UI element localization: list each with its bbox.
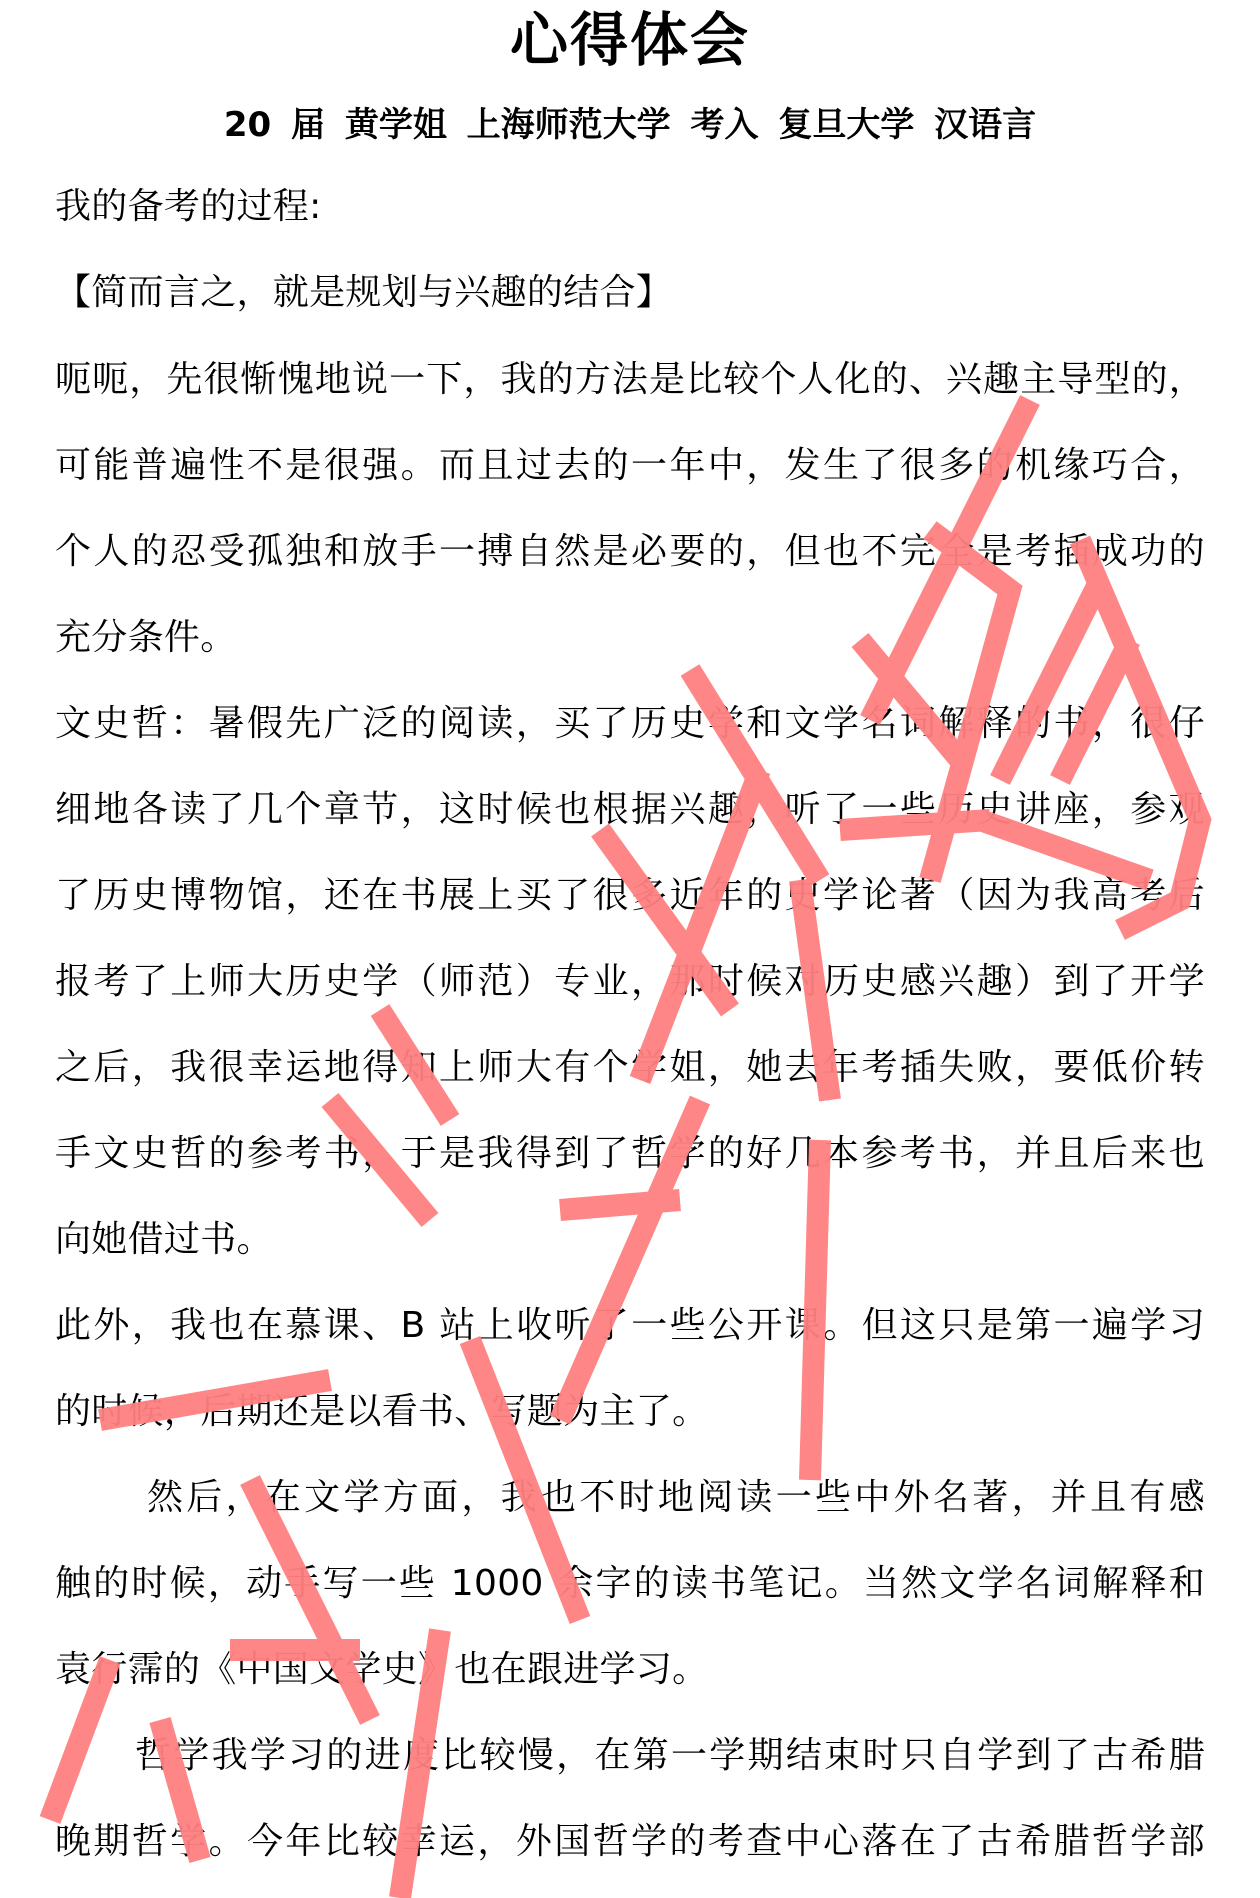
document-title: 心得体会 (0, 4, 1260, 76)
text-line: 袁行霈的《中国文学史》也在跟进学习。 (55, 1645, 1205, 1695)
text-line: 呃呃，先很惭愧地说一下，我的方法是比较个人化的、兴趣主导型的， (55, 355, 1205, 405)
text-line: 向她借过书。 (55, 1215, 1205, 1265)
text-line: 触的时候，动手写一些 1000 余字的读书笔记。当然文学名词解释和 (55, 1559, 1205, 1609)
text-line: 哲学我学习的进度比较慢，在第一学期结束时只自学到了古希腊 (55, 1731, 1205, 1781)
text-line: 文史哲：暑假先广泛的阅读，买了历史学和文学名词解释的书，很仔 (55, 699, 1205, 749)
text-line: 了历史博物馆，还在书展上买了很多近年的史学论著（因为我高考后 (55, 871, 1205, 921)
text-line: 的时候，后期还是以看书、写题为主了。 (55, 1387, 1205, 1437)
text-line: 个人的忍受孤独和放手一搏自然是必要的，但也不完全是考插成功的 (55, 527, 1205, 577)
text-line: 之后，我很幸运地得知上师大有个学姐，她去年考插失败，要低价转 (55, 1043, 1205, 1093)
text-line: 晚期哲学。今年比较幸运，外国哲学的考查中心落在了古希腊哲学部 (55, 1817, 1205, 1867)
text-line: 此外，我也在慕课、B 站上收听了一些公开课。但这只是第一遍学习 (55, 1301, 1205, 1351)
text-line: 手文史哲的参考书，于是我得到了哲学的好几本参考书，并且后来也 (55, 1129, 1205, 1179)
document-subtitle: 20 届 黄学姐 上海师范大学 考入 复旦大学 汉语言 (0, 100, 1260, 150)
text-line: 细地各读了几个章节，这时候也根据兴趣，听了一些历史讲座，参观 (55, 785, 1205, 835)
text-line: 报考了上师大历史学（师范）专业，那时候对历史感兴趣）到了开学 (55, 957, 1205, 1007)
text-line: 【简而言之，就是规划与兴趣的结合】 (55, 268, 1205, 318)
text-line: 充分条件。 (55, 613, 1205, 663)
text-line: 然后，在文学方面，我也不时地阅读一些中外名著，并且有感 (55, 1473, 1205, 1523)
text-line: 可能普遍性不是很强。而且过去的一年中，发生了很多的机缘巧合， (55, 441, 1205, 491)
document-page: 心得体会 20 届 黄学姐 上海师范大学 考入 复旦大学 汉语言 我的备考的过程… (0, 0, 1260, 1898)
text-line: 我的备考的过程: (55, 182, 1205, 232)
